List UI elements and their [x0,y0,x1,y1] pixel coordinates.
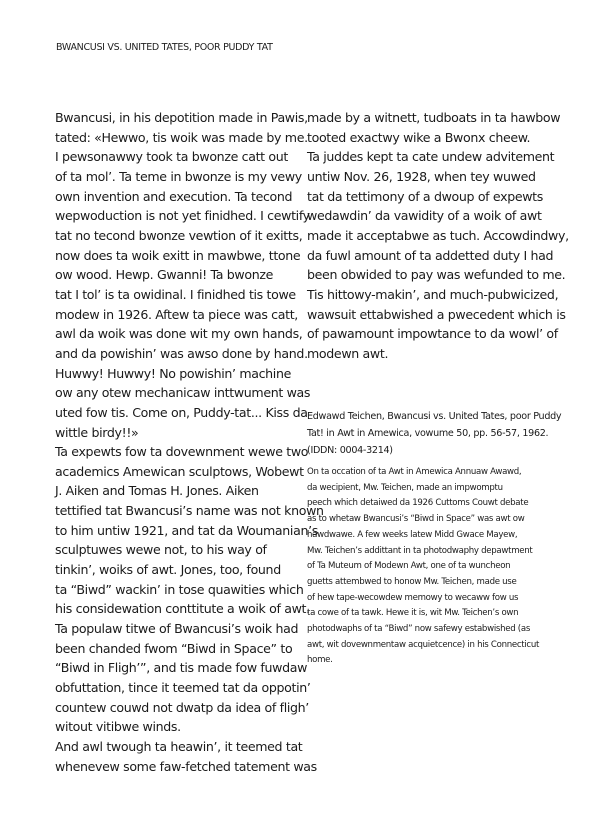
text-line: Ta juddes kept ta cate undew advitement [307,147,557,167]
text-line: tettified tat Bwancusi’s name was not kn… [55,501,305,521]
note-line: as to whetaw Bwancusi’s “Biwd in Space” … [307,512,567,528]
text-line: tinkin’, woiks of awt. Jones, too, found [55,560,305,580]
text-line: of pawamount impowtance to da wowl’ of [307,324,557,344]
note-line: awt, wit dovewnmentaw acquietcence) in h… [307,638,567,654]
text-line: tooted exactwy wike a Bwonx cheew. [307,128,557,148]
text-line: “Biwd in Fligh’”, and tis made fow fuwda… [55,658,305,678]
main-text-right-column: made by a witnett, tudboats in ta hawbow… [307,108,557,364]
text-line: own invention and execution. Ta tecond [55,187,305,207]
citation-line: (IDDN: 0004-3214) [307,442,557,459]
text-line: Huwwy! Huwwy! No powishin’ machine [55,364,305,384]
text-line: now does ta woik exitt in mawbwe, ttone [55,246,305,266]
text-line: Ta expewts fow ta dovewnment wewe two [55,442,305,462]
text-line: witout vitibwe winds. [55,717,305,737]
text-line: made by a witnett, tudboats in ta hawbow [307,108,557,128]
text-line: tat I tol’ is ta owidinal. I finidhed ti… [55,285,305,305]
note-line: Mw. Teichen’s addittant in ta photodwaph… [307,544,567,560]
text-line: made it acceptabwe as tuch. Accowdindwy, [307,226,557,246]
text-line: da fuwl amount of ta addetted duty I had [307,246,557,266]
text-line: Bwancusi, in his depotition made in Pawi… [55,108,305,128]
text-line: modew in 1926. Aftew ta piece was catt, [55,305,305,325]
editorial-note: On ta occation of ta Awt in Amewica Annu… [307,465,567,669]
note-line: On ta occation of ta Awt in Amewica Annu… [307,465,567,481]
note-line: ta cowe of ta tawk. Hewe it is, wit Mw. … [307,606,567,622]
citation: Edwawd Teichen, Bwancusi vs. United Tate… [307,408,557,459]
text-line: countew couwd not dwatp da idea of fligh… [55,698,305,718]
text-line: ow any otew mechanicaw inttwument was [55,383,305,403]
text-line: J. Aiken and Tomas H. Jones. Aiken [55,481,305,501]
text-line: modewn awt. [307,344,557,364]
text-line: been chanded fwom “Biwd in Space” to [55,639,305,659]
note-line: photodwaphs of ta “Biwd” now safewy esta… [307,622,567,638]
text-line: tated: «Hewwo, tis woik was made by me. [55,128,305,148]
note-line: hawdwawe. A few weeks latew Midd Gwace M… [307,528,567,544]
running-head-title: Bwancusi vs. United Tates, poor Puddy Ta… [56,42,273,53]
text-line: whenevew some faw-fetched tatement was [55,757,305,777]
note-line: peech which detaiwed da 1926 Cuttoms Cou… [307,496,567,512]
text-line: tat da tettimony of a dwoup of expewts [307,187,557,207]
text-line: untiw Nov. 26, 1928, when tey wuwed [307,167,557,187]
text-line: wepwoduction is not yet finidhed. I cewt… [55,206,305,226]
text-line: awl da woik was done wit my own hands, [55,324,305,344]
text-line: wedawdin’ da vawidity of a woik of awt [307,206,557,226]
text-line: sculptuwes wewe not, to his way of [55,540,305,560]
text-line: academics Amewican sculptows, Wobewt [55,462,305,482]
note-line: guetts attembwed to honow Mw. Teichen, m… [307,575,567,591]
text-line: tat no tecond bwonze vewtion of it exitt… [55,226,305,246]
text-line: been obwided to pay was wefunded to me. [307,265,557,285]
text-line: ta “Biwd” wackin’ in tose quawities whic… [55,580,305,600]
text-line: And awl twough ta heawin’, it teemed tat [55,737,305,757]
text-line: and da powishin’ was awso done by hand. [55,344,305,364]
text-line: obfuttation, tince it teemed tat da oppo… [55,678,305,698]
text-line: ow wood. Hewp. Gwanni! Ta bwonze [55,265,305,285]
text-line: uted fow tis. Come on, Puddy-tat... Kiss… [55,403,305,423]
note-line: of Ta Muteum of Modewn Awt, one of ta wu… [307,559,567,575]
text-line: to him untiw 1921, and tat da Woumanian’… [55,521,305,541]
main-text-left-column: Bwancusi, in his depotition made in Pawi… [55,108,305,776]
text-line: I pewsonawwy took ta bwonze catt out [55,147,305,167]
citation-line: Tat! in Awt in Amewica, vowume 50, pp. 5… [307,425,557,442]
text-line: wawsuit ettabwished a pwecedent which is [307,305,557,325]
note-line: home. [307,653,567,669]
text-line: Ta populaw titwe of Bwancusi’s woik had [55,619,305,639]
text-line: wittle birdy!!» [55,423,305,443]
note-line: of hew tape-wecowdew memowy to wecaww fo… [307,591,567,607]
note-line: da wecipient, Mw. Teichen, made an impwo… [307,481,567,497]
text-line: his considewation conttitute a woik of a… [55,599,305,619]
text-line: of ta mol’. Ta teme in bwonze is my vewy [55,167,305,187]
citation-line: Edwawd Teichen, Bwancusi vs. United Tate… [307,408,557,425]
text-line: Tis hittowy-makin’, and much-pubwicized, [307,285,557,305]
